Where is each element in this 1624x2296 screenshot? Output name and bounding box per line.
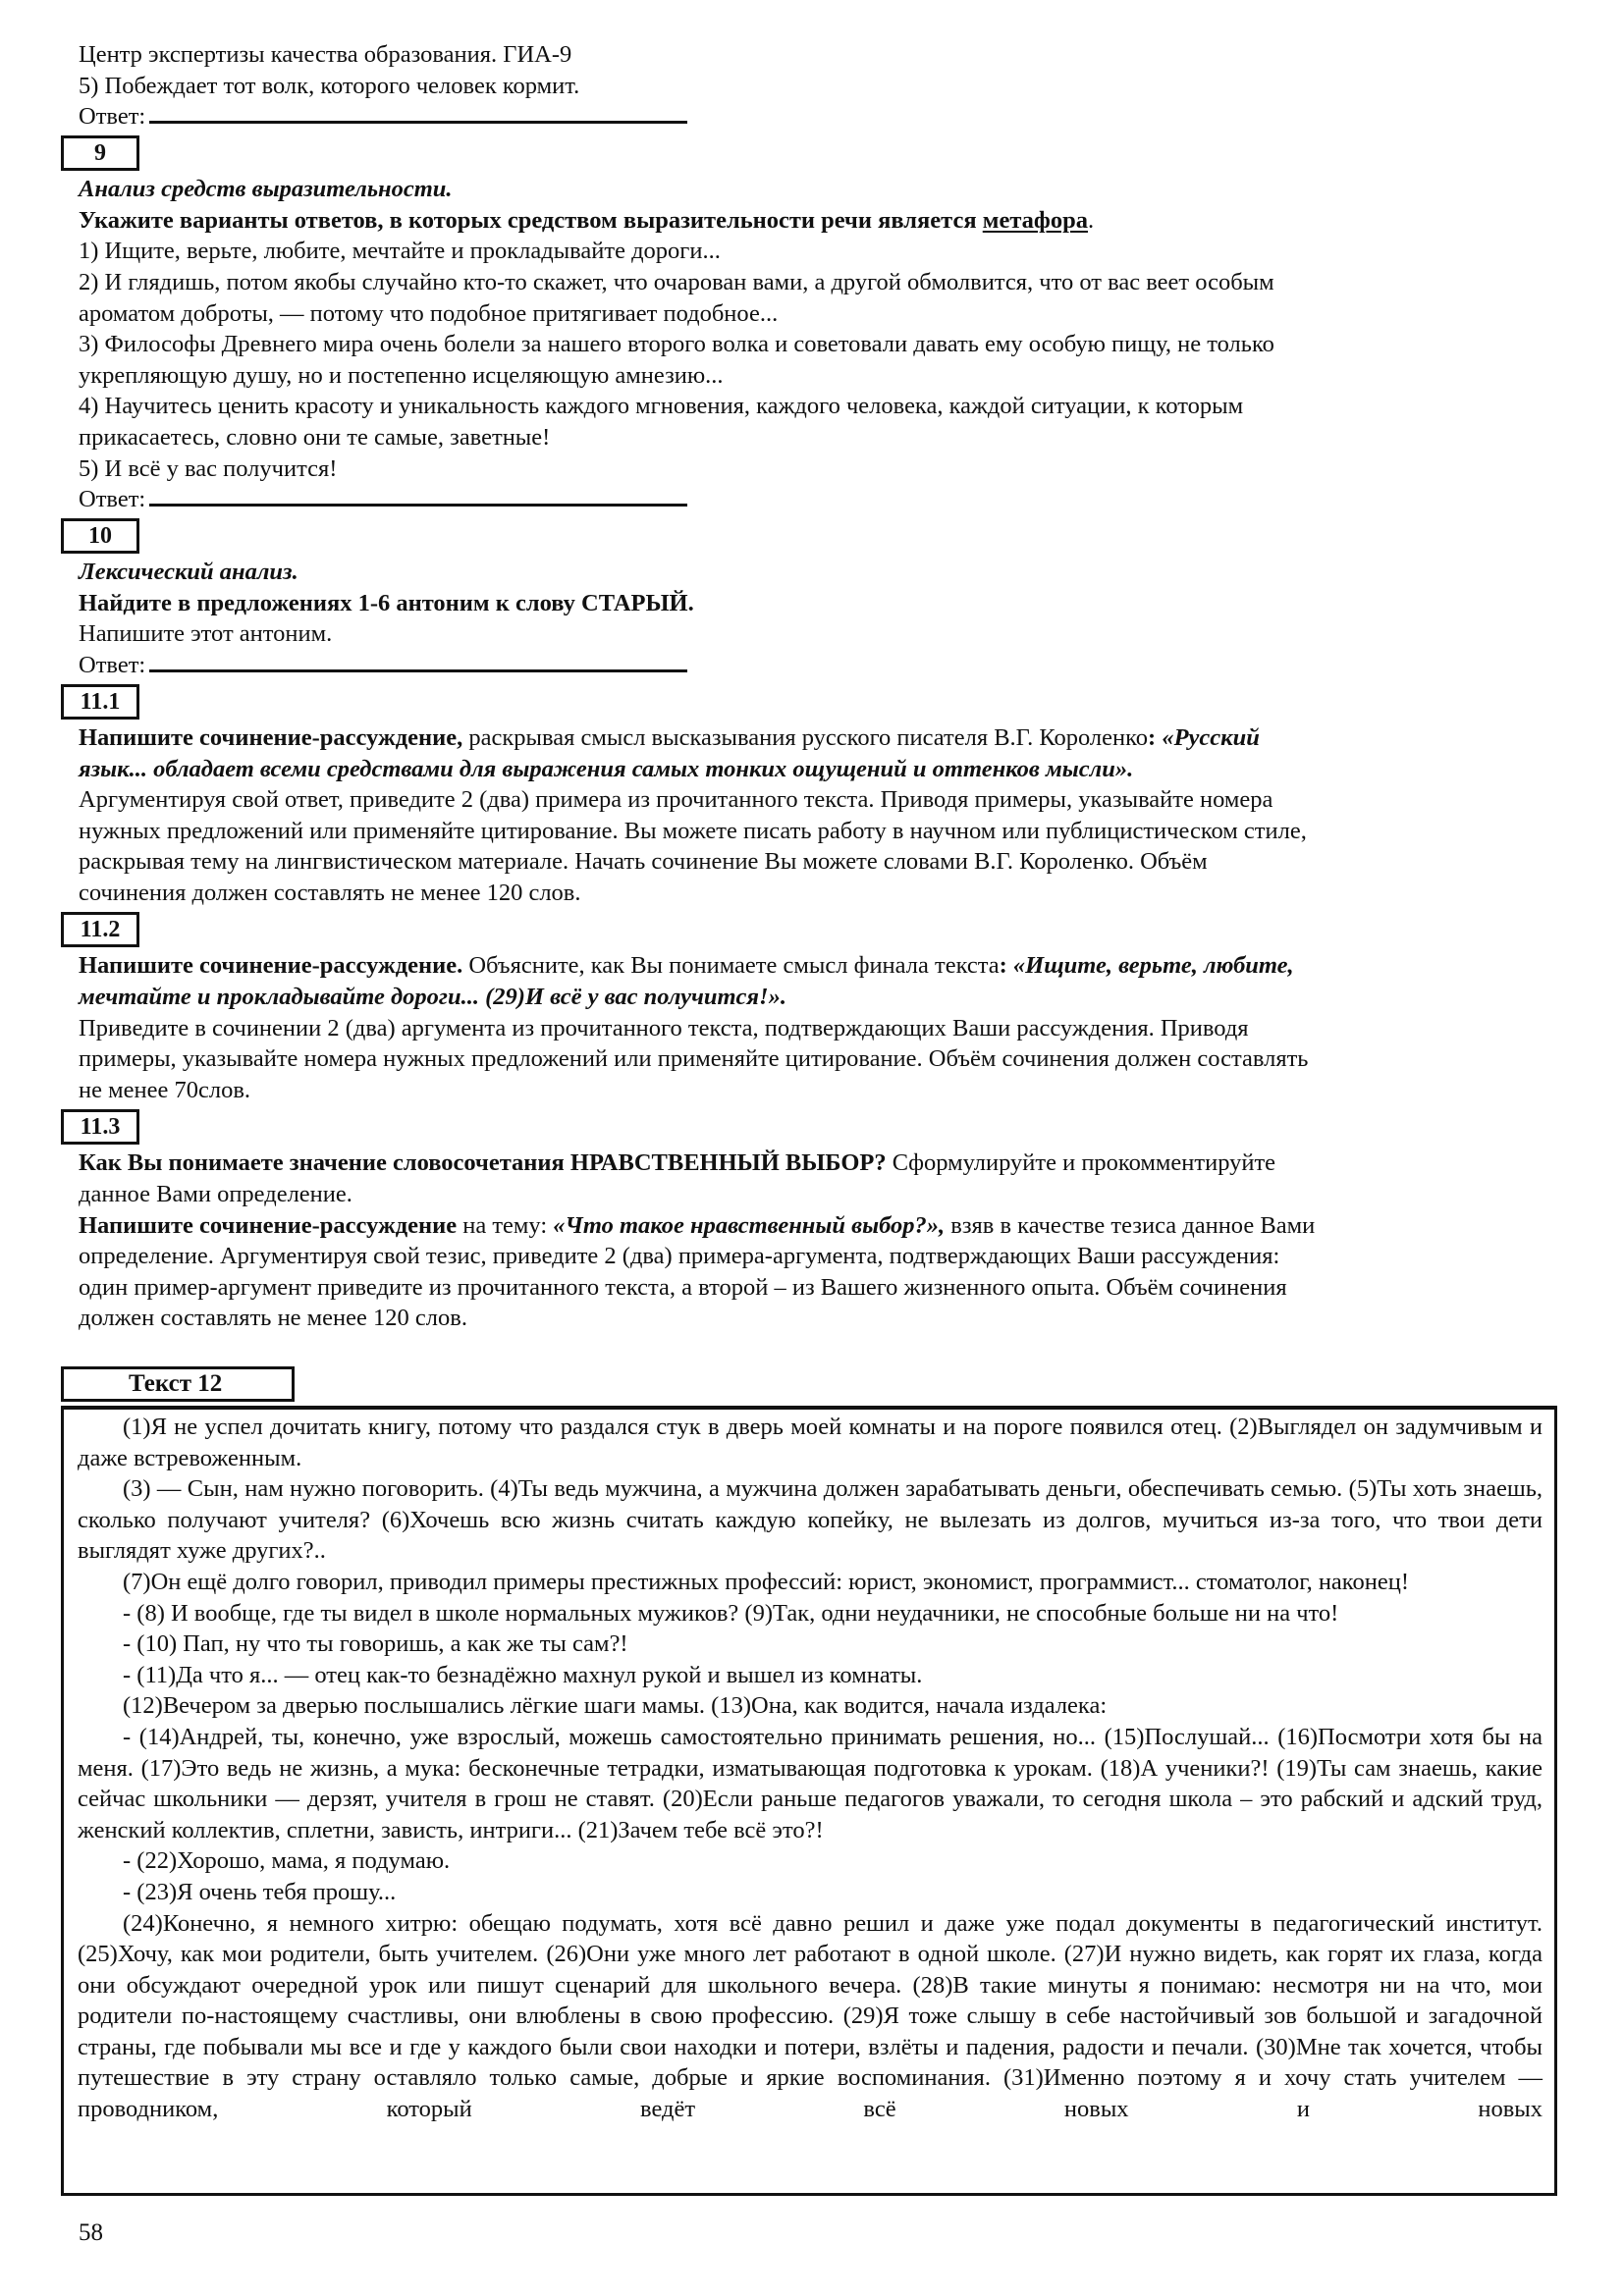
- task-number-11-3: 11.3: [61, 1109, 139, 1145]
- task-10-instruction: Напишите этот антоним.: [79, 618, 1490, 650]
- task-11-3-essay: Напишите сочинение-рассуждение на тему: …: [79, 1210, 1490, 1242]
- answer-row-9: Ответ:: [79, 484, 1490, 514]
- text-12-paragraph: - (23)Я очень тебя прошу...: [78, 1877, 1543, 1908]
- answer-field-9[interactable]: [149, 504, 687, 507]
- task-9-option-2: 2) И глядишь, потом якобы случайно кто-т…: [79, 267, 1490, 298]
- text-12-paragraph: - (11)Да что я... — отец как-то безнадёж…: [78, 1660, 1543, 1691]
- task-11-3-body-3: должен составлять не менее 120 слов.: [79, 1303, 1490, 1334]
- previous-option-5: 5) Побеждает тот волк, которого человек …: [79, 71, 1490, 102]
- task-9-option-3: 3) Философы Древнего мира очень болели з…: [79, 329, 1490, 360]
- task-9-option-1: 1) Ищите, верьте, любите, мечтайте и про…: [79, 236, 1490, 267]
- text-12-title: Текст 12: [129, 1369, 222, 1399]
- task-9-option-3-cont: укрепляющую душу, но и постепенно исцеля…: [79, 360, 1490, 392]
- text-12-paragraph: (24)Конечно, я немного хитрю: обещаю под…: [78, 1908, 1543, 2125]
- task-9-option-5: 5) И всё у вас получится!: [79, 454, 1490, 485]
- answer-field-10[interactable]: [149, 669, 687, 672]
- task-11-1-body-1: Аргументируя свой ответ, приведите 2 (дв…: [79, 784, 1490, 816]
- text-12-paragraph: - (8) И вообще, где ты видел в школе нор…: [78, 1598, 1543, 1629]
- text-12-paragraph: - (10) Пап, ну что ты говоришь, а как же…: [78, 1629, 1543, 1660]
- answer-label: Ответ:: [79, 652, 145, 678]
- task-11-2-body-1: Приведите в сочинении 2 (два) аргумента …: [79, 1013, 1490, 1044]
- page-number: 58: [79, 2218, 103, 2248]
- task-9-option-2-cont: ароматом доброты, — потому что подобное …: [79, 298, 1490, 330]
- text-12-paragraph: (7)Он ещё долго говорил, приводил пример…: [78, 1567, 1543, 1598]
- text-12-paragraph: - (22)Хорошо, мама, я подумаю.: [78, 1845, 1543, 1877]
- task-11-3-body-2: один пример-аргумент приведите из прочит…: [79, 1272, 1490, 1304]
- answer-field-8[interactable]: [149, 121, 687, 124]
- text-12-paragraph: - (14)Андрей, ты, конечно, уже взрослый,…: [78, 1722, 1543, 1845]
- text-12-paragraph: (3) — Сын, нам нужно поговорить. (4)Ты в…: [78, 1473, 1543, 1567]
- task-11-1-body-3: раскрывая тему на лингвистическом матери…: [79, 846, 1490, 878]
- text-12-paragraph: (1)Я не успел дочитать книгу, потому что…: [78, 1412, 1543, 1473]
- task-11-1-prompt: Напишите сочинение-рассуждение, раскрыва…: [79, 722, 1490, 754]
- document-page: Центр экспертизы качества образования. Г…: [79, 39, 1490, 1334]
- task-11-2-body-3: не менее 70слов.: [79, 1075, 1490, 1106]
- task-9-option-4-cont: прикасаетесь, словно они те самые, завет…: [79, 422, 1490, 454]
- task-number-11-2: 11.2: [61, 912, 139, 947]
- task-9-option-4: 4) Научитесь ценить красоту и уникальнос…: [79, 391, 1490, 422]
- text-12-box: (1)Я не успел дочитать книгу, потому что…: [61, 1406, 1557, 2196]
- task-11-1-body-4: сочинения должен составлять не менее 120…: [79, 878, 1490, 909]
- task-11-1-quote: язык... обладает всеми средствами для вы…: [79, 754, 1490, 785]
- task-11-3-body-1: определение. Аргументируя свой тезис, пр…: [79, 1241, 1490, 1272]
- task-9-section: Анализ средств выразительности.: [79, 174, 1490, 205]
- task-11-2-quote: мечтайте и прокладывайте дороги... (29)И…: [79, 982, 1490, 1013]
- answer-label: Ответ:: [79, 103, 145, 130]
- task-11-1-body-2: нужных предложений или применяйте цитиро…: [79, 816, 1490, 847]
- task-10-question: Найдите в предложениях 1-6 антоним к сло…: [79, 588, 1490, 619]
- answer-row-10: Ответ:: [79, 650, 1490, 680]
- running-header: Центр экспертизы качества образования. Г…: [79, 39, 1490, 71]
- task-number-11-1: 11.1: [61, 684, 139, 720]
- answer-label: Ответ:: [79, 486, 145, 512]
- term-metaphor: метафора: [983, 207, 1088, 234]
- text-12-paragraph: (12)Вечером за дверью послышались лёгкие…: [78, 1690, 1543, 1722]
- task-number-9: 9: [61, 135, 139, 171]
- answer-row-8: Ответ:: [79, 101, 1490, 132]
- task-11-3-question-cont: данное Вами определение.: [79, 1179, 1490, 1210]
- task-11-3-question: Как Вы понимаете значение словосочетания…: [79, 1148, 1490, 1179]
- task-10-section: Лексический анализ.: [79, 557, 1490, 588]
- task-11-2-body-2: примеры, указывайте номера нужных предло…: [79, 1043, 1490, 1075]
- task-9-question: Укажите варианты ответов, в которых сред…: [79, 205, 1490, 237]
- task-11-2-prompt: Напишите сочинение-рассуждение. Объяснит…: [79, 950, 1490, 982]
- task-number-10: 10: [61, 518, 139, 554]
- text-12-title-box: Текст 12: [61, 1366, 295, 1402]
